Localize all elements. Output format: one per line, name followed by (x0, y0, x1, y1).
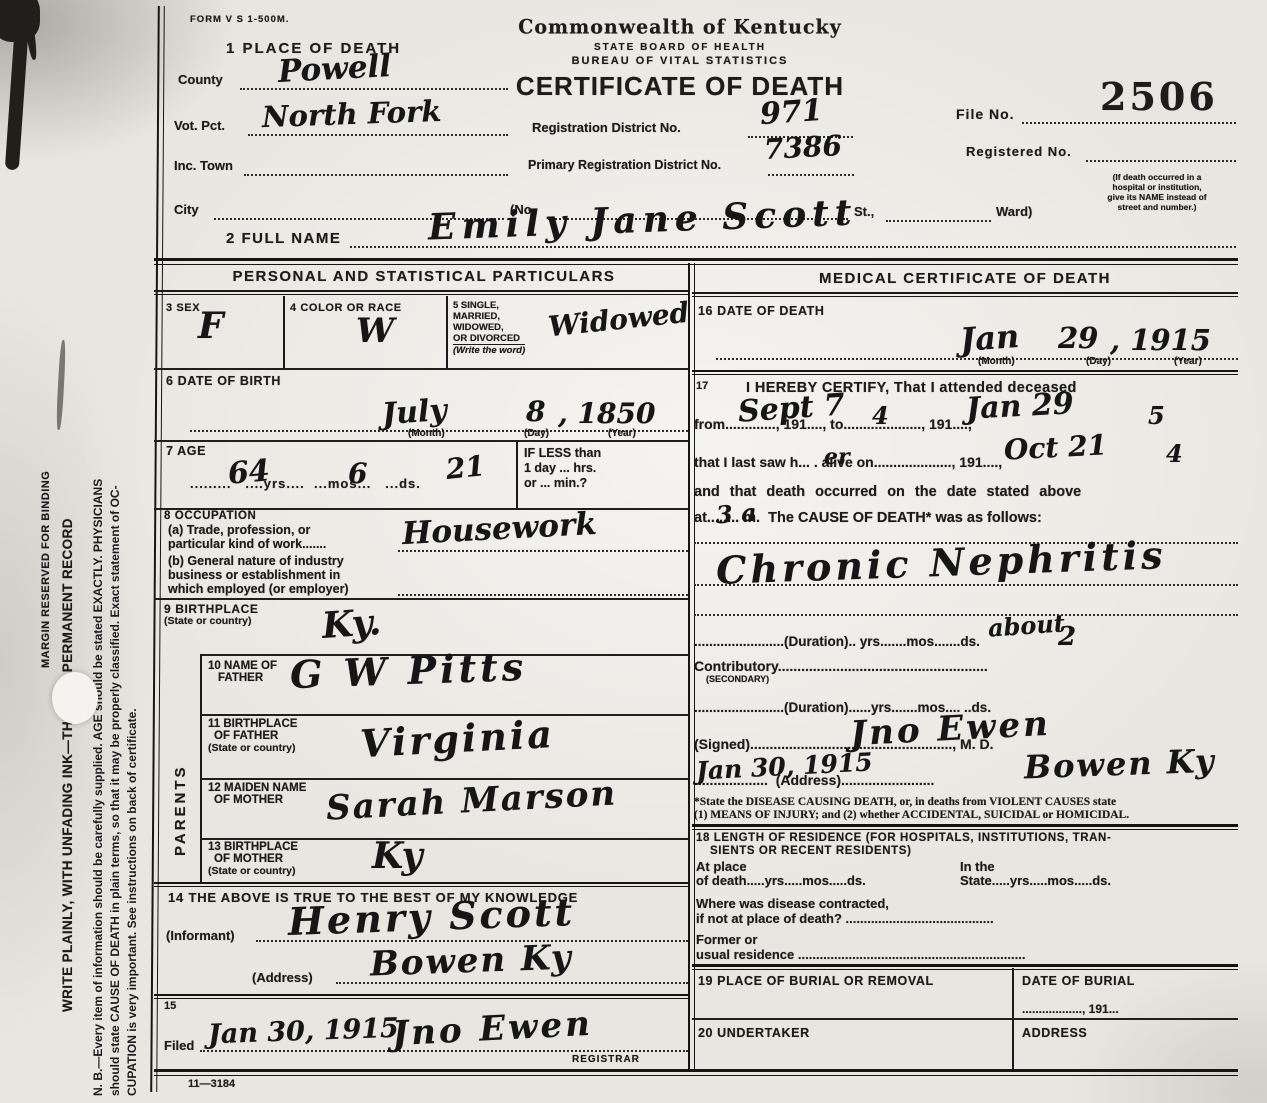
father-name-line2: FATHER (208, 672, 277, 684)
registered-no-line (1086, 138, 1236, 162)
father-birthplace-label: 11 BIRTHPLACE OF FATHER (State or countr… (208, 718, 297, 754)
hospital-note: (If death occurred in a hospital or inst… (1076, 172, 1238, 212)
filed-label: Filed (164, 1038, 194, 1053)
occ-b-line2: business or establishment in (168, 568, 349, 582)
registration-district-label: Registration District No. (532, 120, 681, 135)
burial-date-line: .................., 191... (1022, 1002, 1119, 1016)
marital-value: Widowed (547, 299, 690, 342)
dob-year-value: , 1850 (558, 400, 655, 428)
precinct-value: North Fork (262, 97, 442, 132)
city-label: City (174, 202, 199, 217)
duration-dots: ........................ (694, 634, 784, 649)
hospital-note-line2: hospital or institution, (1076, 182, 1238, 192)
file-no-value: 2506 (1100, 74, 1218, 119)
primary-district-value: 7386 (763, 132, 842, 164)
occupation-b-line (398, 588, 688, 596)
mother-name-label: 12 MAIDEN NAME OF MOTHER (208, 782, 306, 806)
residence-line1: 18 LENGTH OF RESIDENCE (FOR HOSPITALS, I… (696, 832, 1111, 845)
burial-year: , 191... (1082, 1002, 1119, 1016)
contracted-line2: if not at place of death? ..............… (696, 911, 994, 926)
footnote: *State the DISEASE CAUSING DEATH, or, in… (694, 796, 1238, 822)
hospital-note-line1: (If death occurred in a (1076, 172, 1238, 182)
cause-line-2 (694, 578, 1238, 586)
contracted-dots: ........................................… (846, 911, 994, 926)
undertaker-label: 20 UNDERTAKER (698, 1026, 810, 1040)
residence-underline (692, 964, 1238, 970)
filed-section-no: 15 (164, 1000, 176, 1012)
birthplace-label: 9 BIRTHPLACE (164, 602, 259, 616)
former-dots: ........................................… (798, 947, 1026, 962)
scanned-death-certificate: { "margin": { "binding": "MARGIN RESERVE… (0, 0, 1267, 1103)
plate-number: 11—3184 (188, 1078, 235, 1090)
former-line2: usual residence ........................… (696, 947, 1025, 962)
margin-nb-line3: CUPATION is very important. See instruct… (124, 54, 141, 1096)
parents-label: PARENTS (172, 686, 189, 856)
sex-label: 3 SEX (166, 302, 200, 314)
contributory-label: Contributory (694, 658, 778, 674)
mother-bp-note: (State or country) (208, 865, 298, 877)
primary-district-label: Primary Registration District No. (528, 158, 721, 172)
burial-underline (692, 1018, 1238, 1020)
state-board-label: STATE BOARD OF HEALTH (490, 42, 870, 53)
inc-town-label: Inc. Town (174, 158, 233, 173)
burial-date-dots: .................. (1022, 1002, 1082, 1016)
in-the-line2: State.....yrs.....mos.....ds. (960, 874, 1111, 888)
mother-birthplace-value: Ky (372, 838, 423, 874)
occ-b-line3: which employed (or employer) (168, 582, 349, 596)
precinct-label: Vot. Pct. (174, 118, 225, 133)
to-191: , 191 (921, 416, 952, 432)
full-name-label: 2 FULL NAME (226, 230, 341, 247)
mother-bp-line2: OF MOTHER (208, 853, 298, 865)
contracted-label: Where was disease contracted, if not at … (696, 896, 994, 926)
age-ds-value: 21 (445, 452, 487, 484)
color-cell-divider (446, 296, 448, 368)
form-number: FORM V S 1-500M. (190, 14, 289, 25)
street-line (886, 198, 991, 222)
heading-block: Commonwealth of Kentucky STATE BOARD OF … (490, 16, 870, 102)
hospital-note-line4: street and number.) (1076, 202, 1238, 212)
residence-label: 18 LENGTH OF RESIDENCE (FOR HOSPITALS, I… (696, 832, 1111, 858)
pronoun-dots: ... (798, 454, 810, 470)
personal-title-underline (154, 290, 688, 295)
duration-about-value: about (987, 611, 1065, 640)
margin-permanent-note: WRITE PLAINLY, WITH UNFADING INK—THIS IS… (60, 296, 75, 1012)
date-of-death-label: 16 DATE OF DEATH (698, 304, 825, 318)
ward-label: Ward) (996, 204, 1032, 219)
residence-line2: SIENTS OR RECENT RESIDENTS) (696, 845, 1111, 858)
file-no-label: File No. (956, 106, 1015, 122)
death-time-value: 3 a (715, 501, 757, 528)
footnote-line2: (1) MEANS OF INJURY; and (2) whether ACC… (694, 809, 1238, 822)
footnote-underline (692, 824, 1238, 830)
commonwealth-title: Commonwealth of Kentucky (490, 15, 870, 38)
margin-nb-line1: N. B.—Every item of information should b… (90, 54, 107, 1096)
duration-yrs-value: 2 (1058, 624, 1076, 650)
in-the-state-label: In the State.....yrs.....mos.....ds. (960, 860, 1111, 888)
signed-label: (Signed) (694, 736, 750, 752)
marital-label-line3: WIDOWED, (453, 322, 525, 333)
father-name-line1: 10 NAME OF (208, 660, 277, 672)
age-yrs-value: 64 (227, 456, 271, 490)
father-name-value: G W Pitts (289, 648, 527, 694)
mother-name-value: Sarah Marson (325, 776, 618, 825)
father-bp-line2: OF FATHER (208, 730, 297, 742)
marital-label: 5 SINGLE, MARRIED, WIDOWED, OR DIVORCED … (453, 300, 525, 356)
personal-section-title: PERSONAL AND STATISTICAL PARTICULARS (160, 268, 688, 285)
at-place-line2: of death.....yrs.....mos.....ds. (696, 874, 866, 888)
header-separator (154, 258, 1238, 265)
county-label: County (178, 72, 223, 87)
dob-day-sub: (Day) (524, 428, 549, 439)
mother-bp-line1: 13 BIRTHPLACE (208, 841, 298, 853)
at-place-label: At place of death.....yrs.....mos.....ds… (696, 860, 866, 888)
dod-month-sub: (Month) (978, 356, 1015, 367)
secondary-label: (SECONDARY) (706, 674, 769, 684)
row14-underline (154, 994, 688, 999)
inc-town-line (244, 152, 508, 176)
last-saw-pronoun-value: er (824, 446, 850, 468)
age-ds-label: ds. (399, 476, 421, 491)
parents-cell-divider (200, 654, 202, 882)
occupation-a-label: (a) Trade, profession, or particular kin… (168, 523, 326, 551)
footnote-line1: *State the DISEASE CAUSING DEATH, or, in… (694, 796, 1238, 809)
former-residence-label: Former or usual residence ..............… (696, 932, 1025, 962)
margin-nb-note: N. B.—Every item of information should b… (90, 54, 141, 1096)
attended-to-year-value: 5 (1148, 404, 1165, 428)
birthplace-note: (State or country) (164, 615, 252, 627)
informant-address-value: Bowen Ky (369, 940, 573, 981)
registrar-signature: Jno Ewen (391, 1007, 593, 1051)
margin-nb-line2: should state CAUSE OF DEATH in plain ter… (107, 54, 124, 1096)
lastsaw-dots2: .... (983, 454, 999, 470)
if-less-box-divider (516, 440, 518, 508)
bureau-label: BUREAU OF VITAL STATISTICS (490, 55, 870, 67)
lastsaw-comma: , (998, 454, 1002, 470)
contributory-dots: ........................................… (778, 658, 988, 674)
duration-label: (Duration).. (784, 634, 856, 649)
age-label: 7 AGE (166, 444, 206, 458)
former-line1: Former or (696, 932, 1025, 947)
at-place-line1: At place (696, 860, 866, 874)
if-less-line1: IF LESS than (524, 446, 601, 461)
occ-a-line2: particular kind of work....... (168, 537, 326, 551)
margin-binding-note: MARGIN RESERVED FOR BINDING (40, 388, 52, 668)
duration-tail: yrs.......mos.......ds. (860, 634, 980, 649)
dob-day-value: 8 (526, 398, 545, 426)
bottom-border (154, 1069, 1238, 1076)
undertaker-address-label: ADDRESS (1022, 1026, 1087, 1040)
medical-section-title: MEDICAL CERTIFICATE OF DEATH (692, 270, 1238, 287)
row5-underline (154, 368, 688, 370)
place-dots: .....yrs.....mos.....ds. (747, 873, 866, 888)
occ-a-line1: (a) Trade, profession, or (168, 523, 326, 537)
row12-underline (200, 838, 688, 840)
last-saw-date-value: Oct 21 (1003, 431, 1107, 464)
if-less-note: IF LESS than 1 day ... hrs. or ... min.? (524, 446, 601, 491)
county-value: Powell (277, 51, 392, 88)
row13-underline (154, 882, 688, 887)
contributory-line: Contributory............................… (694, 658, 988, 674)
father-birthplace-value: Virginia (359, 715, 556, 763)
informant-address-label: (Address) (252, 970, 313, 985)
occ-b-line1: (b) General nature of industry (168, 554, 349, 568)
father-bp-line1: 11 BIRTHPLACE (208, 718, 297, 730)
dob-year-sub: (Year) (608, 428, 636, 439)
from-label: from (694, 416, 725, 432)
birthplace-value: Ky. (321, 604, 382, 644)
mother-name-line1: 12 MAIDEN NAME (208, 782, 306, 794)
contracted-line1: Where was disease contracted, (696, 896, 994, 911)
marital-label-line1: 5 SINGLE, (453, 300, 525, 311)
mother-birthplace-label: 13 BIRTHPLACE OF MOTHER (State or countr… (208, 841, 298, 877)
if-less-line2: 1 day ... hrs. (524, 461, 601, 476)
scan-artifact (5, 20, 29, 171)
father-name-label: 10 NAME OF FATHER (208, 660, 277, 684)
lastsaw-191: , 191 (952, 454, 983, 470)
duration-line: ........................(Duration).. yrs… (694, 634, 980, 649)
dob-month-value: July (381, 396, 448, 430)
medical-title-underline (692, 292, 1238, 297)
last-saw-year-value: 4 (1166, 442, 1183, 466)
certificate-title: CERTIFICATE OF DEATH (490, 71, 870, 102)
dob-label: 6 DATE OF BIRTH (166, 374, 281, 388)
burial-date-label: DATE OF BURIAL (1022, 974, 1135, 988)
at-label: at (694, 510, 707, 526)
dob-month-sub: (Month) (408, 428, 445, 439)
occupation-b-label: (b) General nature of industry business … (168, 554, 349, 596)
cause-lead: The CAUSE OF DEATH* was as follows: (768, 510, 1042, 526)
state-dots: .....yrs.....mos.....ds. (992, 873, 1111, 888)
row6-underline (154, 440, 688, 442)
sex-value: F (198, 308, 224, 344)
dod-year-sub: (Year) (1174, 356, 1202, 367)
occupation-label: 8 OCCUPATION (164, 510, 256, 522)
in-the-line1: In the (960, 860, 1111, 874)
informant-label: (Informant) (166, 928, 235, 943)
certify-section-no: 17 (696, 380, 708, 392)
sex-cell-divider (283, 296, 285, 368)
age-units-line: ......... ....yrs.... ...mos... ...ds. (190, 476, 421, 491)
dod-day-value: 29 (1058, 324, 1098, 353)
last-saw-label: that I last saw h (694, 454, 798, 470)
color-race-value: W (356, 314, 394, 348)
hospital-note-line3: give its NAME instead of (1076, 192, 1238, 202)
marital-note: (Write the word) (453, 344, 525, 356)
row8-underline (154, 598, 688, 600)
cause-line-3 (694, 608, 1238, 616)
row16-underline (692, 370, 1238, 375)
mother-name-line2: OF MOTHER (208, 794, 306, 806)
alive-dots: .................... (874, 454, 952, 470)
marital-label-line4: OR DIVORCED (453, 333, 525, 344)
physician-signature: Jno Ewen (849, 707, 1051, 751)
certificate: FORM V S 1-500M. 1 PLACE OF DEATH County… (160, 6, 1238, 1098)
if-less-line3: or ... min.? (524, 476, 601, 491)
punch-hole (52, 672, 98, 724)
physician-address-value: Bowen Ky (1024, 745, 1217, 784)
attended-from-value: Sept 7 (737, 390, 846, 427)
marital-label-line2: MARRIED, (453, 311, 525, 322)
registrar-label: REGISTRAR (572, 1054, 640, 1065)
filed-date-value: Jan 30, 1915 (208, 1015, 400, 1049)
father-bp-note: (State or country) (208, 742, 297, 754)
attended-to-value: Jan 29 (965, 389, 1074, 425)
burial-label: 19 PLACE OF BURIAL OR REMOVAL (698, 974, 934, 988)
age-mos-value: 6 (348, 460, 367, 488)
dod-month-value: Jan (959, 320, 1020, 356)
attended-from-year-value: 4 (872, 404, 889, 428)
certificate-left-border (150, 6, 165, 1092)
registered-no-label: Registered No. (966, 144, 1072, 159)
dod-day-sub: (Day) (1086, 356, 1111, 367)
dod-year-value: , 1915 (1110, 326, 1211, 355)
informant-value: Henry Scott (287, 893, 575, 941)
duration2-dots: ........................ (694, 700, 784, 715)
